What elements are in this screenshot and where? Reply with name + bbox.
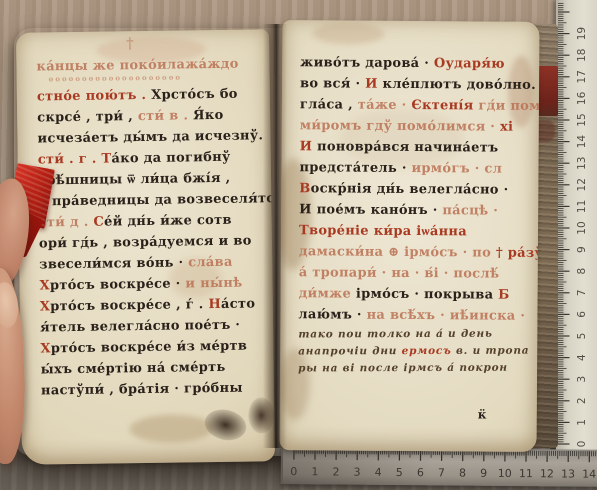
text-segment: настўпи́ , бра́тія · гро́бны bbox=[41, 381, 243, 399]
svg-text:6: 6 bbox=[417, 466, 424, 479]
text-segment: во вся́ · bbox=[300, 76, 365, 91]
manuscript-line: во вся́ · И кле́плютъ дово́лно. bbox=[300, 73, 535, 96]
manuscript-line: Хрто́съ воскре́се и́з ме́ртв bbox=[40, 335, 267, 359]
svg-text:1: 1 bbox=[576, 419, 588, 426]
svg-text:2: 2 bbox=[332, 465, 339, 478]
text-segment: сти́ д . bbox=[39, 215, 94, 231]
text-segment: С bbox=[93, 215, 104, 230]
svg-text:5: 5 bbox=[396, 466, 403, 479]
manuscript-line: ры на ві после ірмсъ а́ покрон bbox=[298, 360, 533, 378]
svg-text:8: 8 bbox=[576, 268, 588, 275]
manuscript-line: лаю́мъ · на всѣ́хъ · иѣ́инска · bbox=[298, 304, 533, 327]
text-segment: живо́тъ дарова́ · bbox=[300, 55, 434, 71]
text-segment: звесели́мся во́нь · bbox=[39, 255, 188, 272]
svg-text:8: 8 bbox=[459, 467, 466, 480]
text-segment: ирмо́гъ · сл bbox=[411, 161, 502, 177]
svg-text:15: 15 bbox=[576, 113, 588, 126]
text-segment: а пра́ведницы да возвеселя́тся bbox=[38, 191, 275, 209]
text-segment: сла́ва bbox=[188, 255, 233, 271]
text-segment: оскр́нія дн́ь велегла́сно · bbox=[311, 181, 509, 197]
ink-blot bbox=[202, 406, 250, 445]
text-segment: ди́мже bbox=[299, 286, 356, 301]
svg-text:4: 4 bbox=[375, 466, 382, 479]
text-segment: Н bbox=[208, 297, 221, 312]
text-segment: Хрсто́съ бо bbox=[151, 87, 238, 103]
svg-text:10: 10 bbox=[576, 221, 588, 234]
svg-text:17: 17 bbox=[576, 70, 588, 83]
text-segment: а́ко да погибнў bbox=[111, 150, 230, 167]
svg-text:11: 11 bbox=[519, 467, 533, 480]
text-segment: Творе́ніе ки́ра іѡа́нна bbox=[299, 223, 467, 239]
text-segment: и ны́нѣ bbox=[185, 276, 242, 292]
manuscript-line: а́ тропари́ · на · в́і · послѣ́ bbox=[299, 262, 534, 285]
svg-text:14: 14 bbox=[576, 135, 588, 149]
text-segment: ори́ гд́ь , возра́дуемся и во bbox=[39, 234, 252, 252]
manuscript-line: ди́мже ірмо́съ · покрыва Б bbox=[299, 283, 534, 306]
right-page: живо́тъ дарова́ · Оударя́юво вся́ · И кл… bbox=[280, 20, 540, 452]
text-segment: поновра́вся начина́етъ bbox=[312, 139, 498, 155]
horizontal-ruler-scale: 01234567891011121314 bbox=[283, 447, 597, 487]
text-segment: а́сто bbox=[221, 296, 255, 311]
manuscript-line: гла́са , та́же · Єктені́я гд́и пом bbox=[300, 94, 535, 117]
text-segment: ми́ромъ гдў помо́лимся · bbox=[300, 118, 500, 134]
text-segment: И пое́мъ кано́нъ · bbox=[299, 202, 442, 218]
text-segment: рто́съ воскре́се , ѓ . bbox=[50, 297, 208, 314]
text-segment: стно́е пою́тъ . bbox=[37, 88, 151, 105]
text-segment: Х bbox=[40, 341, 51, 356]
text-segment: грѣ́шницы ѿ ли́ца бжі́я , bbox=[38, 171, 231, 189]
svg-text:3: 3 bbox=[354, 466, 361, 479]
text-segment: ка́нцы же поко́илажа́ждо bbox=[36, 57, 238, 75]
text-segment: в. и тропа bbox=[456, 345, 529, 357]
svg-text:12: 12 bbox=[576, 178, 588, 191]
text-segment: рто́съ воскре́се · bbox=[50, 276, 186, 293]
svg-text:1: 1 bbox=[311, 465, 318, 478]
svg-text:19: 19 bbox=[576, 27, 588, 40]
text-segment: ры на ві после ірмсъ а́ покрон bbox=[298, 362, 508, 375]
svg-text:0: 0 bbox=[576, 441, 588, 448]
vertical-ruler: 012345678910111213141516171819 bbox=[556, 0, 597, 452]
text-segment: Оударя́ю bbox=[434, 56, 505, 71]
svg-text:10: 10 bbox=[498, 467, 512, 480]
manuscript-line: анапрочіи дни ермосъ в. и тропа bbox=[298, 343, 533, 361]
manuscript-line: предста́тель · ирмо́гъ · сл bbox=[299, 157, 534, 180]
svg-text:16: 16 bbox=[576, 91, 588, 105]
manuscript-line: стно́е пою́тъ . Хрсто́съ бо bbox=[37, 83, 264, 107]
manuscript-line: тако пои толко на а́ и день bbox=[298, 326, 533, 344]
left-page: † ка́нцы же поко́илажа́ждоoooooooooooooo… bbox=[16, 29, 275, 464]
svg-text:7: 7 bbox=[438, 466, 445, 479]
text-segment: И bbox=[365, 77, 378, 92]
text-segment: Я́ко bbox=[193, 108, 224, 123]
manuscript-line: живо́тъ дарова́ · Оударя́ю bbox=[300, 52, 535, 75]
manuscript-line: И поновра́вся начина́етъ bbox=[300, 136, 535, 159]
text-segment: исчеза́етъ ды́мъ да исчезнў. bbox=[37, 128, 263, 146]
text-segment: И bbox=[300, 139, 313, 154]
text-segment: ермосъ bbox=[402, 345, 456, 357]
manuscript-line: настўпи́ , бра́тія · гро́бны bbox=[41, 377, 268, 401]
text-segment: предста́тель · bbox=[299, 160, 411, 176]
text-segment: ірмо́съ · покрыва bbox=[356, 287, 498, 303]
svg-text:4: 4 bbox=[576, 354, 588, 361]
text-segment: гд́и пом bbox=[478, 98, 539, 113]
text-segment: анапрочіи дни bbox=[298, 345, 402, 357]
svg-text:13: 13 bbox=[576, 157, 588, 170]
manuscript-line: ми́ромъ гдў помо́лимся · хі bbox=[300, 115, 535, 138]
catchword: к̈ bbox=[478, 407, 487, 421]
horizontal-ruler: 01234567891011121314 bbox=[281, 447, 597, 487]
text-segment: а́ тропари́ · на · в́і · послѣ́ bbox=[299, 265, 500, 281]
text-segment: на всѣ́хъ · иѣ́инска · bbox=[367, 308, 526, 324]
manuscript-line: И пое́мъ кано́нъ · па́сцѣ · bbox=[299, 199, 534, 222]
svg-text:2: 2 bbox=[576, 397, 588, 404]
text-segment: ы́хъ сме́ртію на́ сме́рть bbox=[41, 360, 226, 378]
text-segment: сти́ в . bbox=[138, 108, 193, 124]
svg-text:5: 5 bbox=[576, 333, 588, 340]
manuscript-line: Творе́ніе ки́ра іѡа́нна bbox=[299, 220, 534, 243]
svg-text:7: 7 bbox=[576, 289, 588, 296]
manuscript-line: дамаски́на ⊕ ірмо́съ · по † ра́зў bbox=[299, 241, 534, 264]
text-segment: гла́са , bbox=[300, 97, 358, 112]
text-segment: Х bbox=[39, 278, 50, 293]
text-segment: скрсе́ , три́ , bbox=[37, 109, 138, 125]
text-segment: хі bbox=[500, 120, 513, 135]
svg-text:9: 9 bbox=[480, 467, 487, 480]
text-segment: кле́плютъ дово́лно. bbox=[378, 77, 536, 93]
text-segment: Єктені́я bbox=[411, 98, 478, 113]
left-page-text: ка́нцы же поко́илажа́ждоoooooooooooooooo… bbox=[16, 29, 274, 401]
manuscript-line: исчеза́етъ ды́мъ да исчезнў. bbox=[37, 125, 264, 149]
svg-text:12: 12 bbox=[540, 467, 554, 480]
text-segment: дамаски́на ⊕ ірмо́съ · по bbox=[299, 244, 496, 260]
svg-text:0: 0 bbox=[290, 465, 297, 478]
text-segment: В bbox=[299, 181, 310, 196]
ink-blot bbox=[248, 397, 275, 433]
text-segment: тако пои толко на а́ и день bbox=[298, 328, 492, 341]
svg-text:14: 14 bbox=[582, 468, 596, 481]
text-segment: Б bbox=[498, 288, 510, 303]
text-segment: е́й дн́ь и́же сотв bbox=[104, 213, 232, 230]
svg-text:6: 6 bbox=[576, 311, 588, 318]
vertical-ruler-scale: 012345678910111213141516171819 bbox=[556, 0, 597, 452]
text-segment: лаю́мъ · bbox=[298, 307, 366, 322]
svg-text:11: 11 bbox=[576, 200, 588, 213]
page-stain bbox=[129, 414, 213, 443]
text-segment: па́сцѣ · bbox=[442, 203, 498, 218]
text-segment: сти́ . г . Т bbox=[38, 151, 112, 167]
photo-scene: 012345678910111213141516171819 † ка́нцы … bbox=[0, 0, 597, 490]
svg-text:3: 3 bbox=[576, 376, 588, 383]
manuscript-line: Воскр́нія дн́ь велегла́сно · bbox=[299, 178, 534, 201]
svg-text:9: 9 bbox=[576, 246, 588, 253]
svg-text:18: 18 bbox=[576, 49, 588, 62]
text-segment: рто́съ воскре́се и́з ме́ртв bbox=[51, 339, 248, 357]
svg-text:13: 13 bbox=[561, 467, 575, 480]
right-page-text: живо́тъ дарова́ · Оударя́юво вся́ · И кл… bbox=[280, 20, 539, 378]
text-segment: та́же · bbox=[358, 98, 412, 113]
text-segment: я́тель велегла́сно пое́тъ · bbox=[40, 318, 240, 336]
text-segment: Х bbox=[40, 299, 51, 314]
text-segment: † ра́зў bbox=[496, 246, 540, 261]
